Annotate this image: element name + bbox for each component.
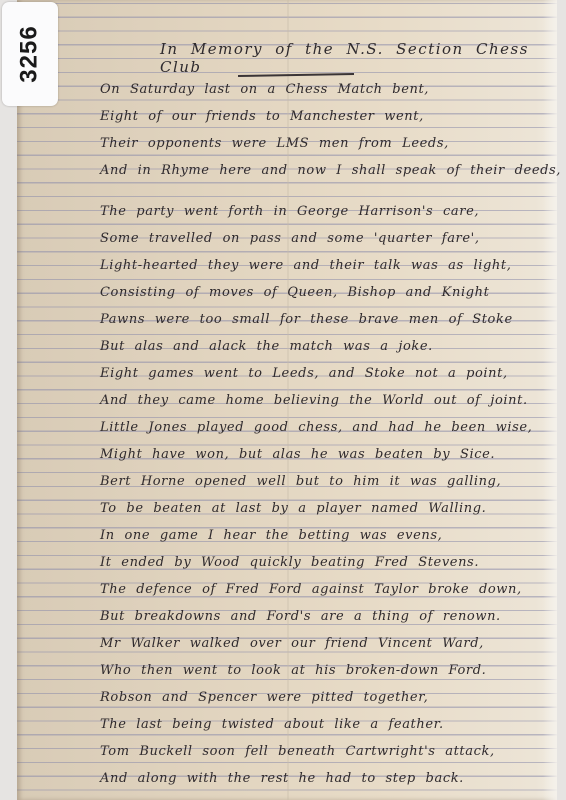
catalogue-number-label: 3256 [2, 2, 58, 106]
poem-line: Robson and Spencer were pitted together, [100, 690, 428, 705]
poem-line: Consisting of moves of Queen, Bishop and… [100, 285, 489, 300]
poem-line: Tom Buckell soon fell beneath Cartwright… [100, 744, 495, 759]
poem-line: Some travelled on pass and some 'quarter… [100, 231, 480, 246]
poem-line: Pawns were too small for these brave men… [100, 312, 513, 327]
poem-line: And along with the rest he had to step b… [100, 771, 464, 786]
poem-line: Bert Horne opened well but to him it was… [100, 474, 501, 489]
poem-line: The last being twisted about like a feat… [100, 717, 444, 732]
poem-line: The defence of Fred Ford against Taylor … [100, 582, 522, 597]
poem-line: Eight of our friends to Manchester went, [100, 109, 424, 124]
poem-line: To be beaten at last by a player named W… [100, 501, 486, 516]
poem-line: And they came home believing the World o… [100, 393, 528, 408]
poem-line: It ended by Wood quickly beating Fred St… [100, 555, 479, 570]
poem-line: Might have won, but alas he was beaten b… [100, 447, 495, 462]
poem-line: But breakdowns and Ford's are a thing of… [100, 609, 501, 624]
poem-line: In one game I hear the betting was evens… [100, 528, 442, 543]
catalogue-number: 3256 [16, 25, 44, 82]
poem-title: In Memory of the N.S. Section Chess Club [160, 40, 566, 76]
poem-line: And in Rhyme here and now I shall speak … [100, 163, 561, 178]
poem-line: Their opponents were LMS men from Leeds, [100, 136, 449, 151]
poem-line: Mr Walker walked over our friend Vincent… [100, 636, 484, 651]
poem-line: Eight games went to Leeds, and Stoke not… [100, 366, 508, 381]
poem-line: The party went forth in George Harrison'… [100, 204, 479, 219]
poem-line: Who then went to look at his broken-down… [100, 663, 486, 678]
poem-line: On Saturday last on a Chess Match bent, [100, 82, 429, 97]
poem-line: But alas and alack the match was a joke. [100, 339, 433, 354]
poem-line: Little Jones played good chess, and had … [100, 420, 532, 435]
poem-line: Light-hearted they were and their talk w… [100, 258, 511, 273]
